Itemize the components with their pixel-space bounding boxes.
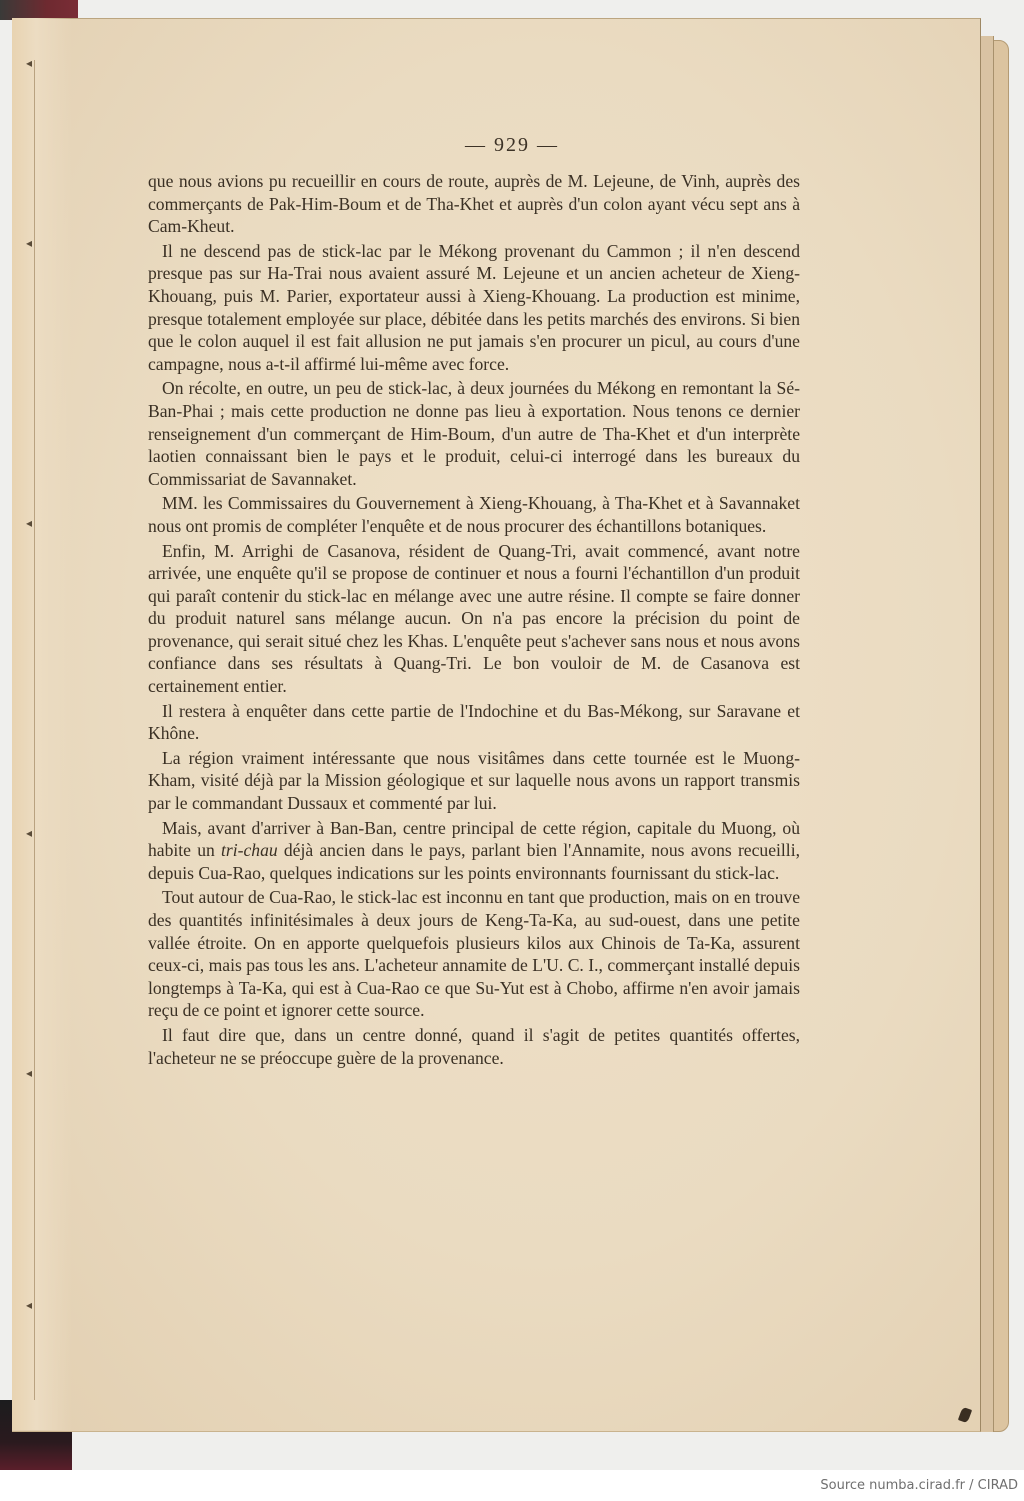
binding-notch-mark: ◂: [26, 58, 40, 68]
binding-notch-mark: ◂: [26, 828, 40, 838]
page-number: — 929 —: [0, 134, 1024, 157]
book-binding-top: [0, 0, 78, 20]
italic-term: tri-chau: [221, 840, 278, 860]
binding-notch-mark: ◂: [26, 518, 40, 528]
paragraph-continuation: que nous avions pu recueillir en cours d…: [148, 170, 800, 238]
binding-notch-mark: ◂: [26, 1068, 40, 1078]
source-credit: Source numba.cirad.fr / CIRAD: [820, 1478, 1018, 1493]
paragraph: La région vraiment intéressante que nous…: [148, 747, 800, 815]
page-fold-line: [34, 60, 35, 1400]
paragraph: On récolte, en outre, un peu de stick-la…: [148, 377, 800, 490]
paragraph: Il restera à enquêter dans cette partie …: [148, 700, 800, 745]
binding-notch-mark: ◂: [26, 238, 40, 248]
paragraph: MM. les Commissaires du Gouvernement à X…: [148, 492, 800, 537]
paragraph: Il faut dire que, dans un centre donné, …: [148, 1024, 800, 1069]
body-text: que nous avions pu recueillir en cours d…: [148, 170, 800, 1069]
paragraph: Tout autour de Cua-Rao, le stick-lac est…: [148, 886, 800, 1022]
page-gutter-shadow: [12, 18, 72, 1430]
paragraph: Enfin, M. Arrighi de Casanova, résident …: [148, 540, 800, 698]
paragraph: Il ne descend pas de stick-lac par le Mé…: [148, 240, 800, 376]
binding-notch-mark: ◂: [26, 1300, 40, 1310]
paragraph-with-italic: Mais, avant d'arriver à Ban-Ban, centre …: [148, 817, 800, 885]
